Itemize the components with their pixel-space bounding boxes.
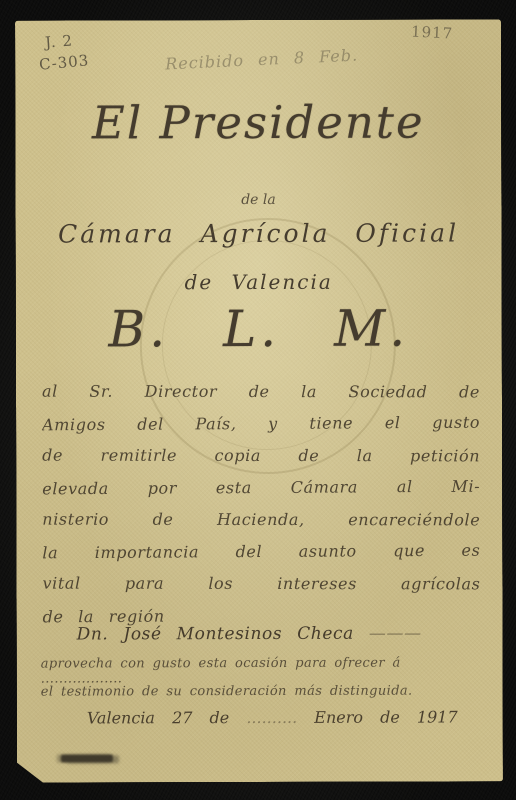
printer-mark-smudge [61,754,113,762]
body-line: de remitirle copia de la petición [42,440,480,473]
archive-classmark-line2: C-303 [38,51,90,73]
handwritten-body: al Sr. Director de la Sociedad de Amigos… [42,375,481,632]
dateline-city: Valencia [87,708,155,727]
printed-closing-line-1: aprovecha con gusto esta ocasión para of… [41,655,483,686]
letterhead-of-line: de la [15,191,501,208]
salutation-blm: B. L. M. [16,299,502,358]
signature-flourish: ——— [369,624,422,644]
letterhead-city: de Valencia [16,269,502,294]
dateline-year: 1917 [417,707,458,726]
scanned-document-background: J. 2 C-303 Recibido en 8 Feb. 1917 El Pr… [0,0,516,800]
dateline-month: Enero [314,708,363,727]
body-line: nisterio de Hacienda, encareciéndole [42,504,480,537]
body-line: la importancia del asunto que es [42,535,480,570]
dateline: Valencia 27 de .......... Enero de 1917 [87,707,470,727]
document-paper: J. 2 C-303 Recibido en 8 Feb. 1917 El Pr… [15,19,503,782]
body-line: Amigos del País, y tiene el gusto [42,407,480,442]
signatory-name: Dn. José Montesinos Checa [77,624,354,645]
body-line: elevada por esta Cámara al Mi- [42,471,480,506]
body-line: al Sr. Director de la Sociedad de [42,376,480,409]
dateline-de1: de [209,708,229,727]
dateline-de2: de [380,708,400,727]
body-line: vital para los intereses agrícolas [42,568,480,601]
received-pencil-note: Recibido en 8 Feb. [165,46,359,74]
letterhead-organization: Cámara Agrícola Oficial [16,218,502,248]
printed-closing-line-2: el testimonio de su consideración más di… [41,683,483,699]
signature-line: Dn. José Montesinos Checa ——— [77,618,422,651]
archive-classmark-line1: J. 2 [44,32,73,52]
year-pencil-annotation: 1917 [411,23,454,43]
letterhead-title: El Presidente [15,95,501,149]
dateline-day: 27 [172,708,192,727]
dateline-dotted-leader: .......... [246,708,297,727]
